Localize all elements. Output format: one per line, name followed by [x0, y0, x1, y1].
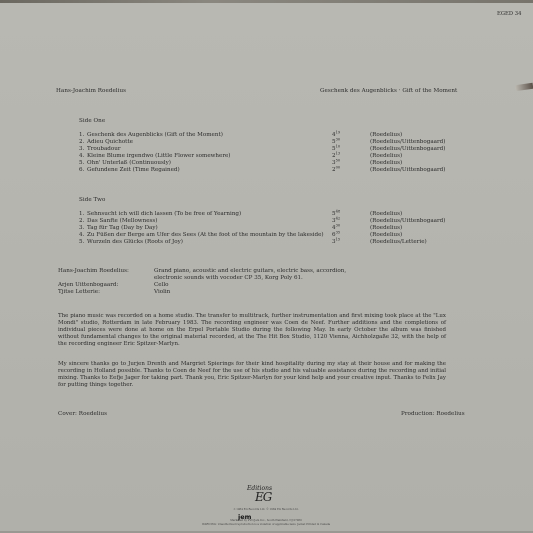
track-number: 5. [79, 160, 84, 167]
album-title: Geschenk des Augenblicks · Gift of the M… [320, 88, 457, 95]
duration-seconds: 15 [336, 238, 341, 242]
track-number: 4. [79, 153, 84, 160]
track-title: Tag für Tag (Day by Day) [87, 225, 158, 232]
musician-name: Tjitse Letterie: [58, 289, 100, 296]
track-title: Adieu Quichotte [87, 139, 133, 146]
production-credit: Production: Roedelius [401, 411, 465, 418]
track-number: 2. [79, 218, 84, 225]
duration-seconds: 13 [336, 152, 341, 156]
musician-instruments: Grand piano, acoustic and electric guita… [154, 268, 346, 275]
artist-name: Hans-Joachim Roedelius [56, 88, 126, 95]
track-composer: (Roedelius) [370, 225, 402, 232]
track-number: 2. [79, 139, 84, 146]
logo-eg-text: EG [255, 490, 271, 504]
thanks-notes: My sincere thanks go to Jurjen Drenth an… [58, 361, 446, 389]
musician-name: Hans-Joachim Roedelius: [58, 268, 129, 275]
musician-instruments: electronic sounds with vocoder CP 35, Ko… [154, 275, 303, 282]
track-composer: (Roedelius) [370, 132, 402, 139]
side-two-heading: Side Two [79, 197, 105, 204]
musician-name: Arjen Uittenbogaard: [58, 282, 118, 289]
musician-instruments: Violin [154, 289, 170, 296]
track-composer: (Roedelius/Uittenbogaard) [370, 167, 445, 174]
duration-seconds: 00 [336, 166, 341, 170]
track-title: Geschenk des Augenblicks (Gift of the Mo… [87, 132, 223, 139]
duration-seconds: 42 [336, 217, 341, 221]
track-title: Das Sanfte (Mellowness) [87, 218, 157, 225]
track-title: Gefundene Zeit (Time Regained) [87, 167, 180, 174]
marketed-by-line: Marketed by PVC/Jem Inc., South Plainfie… [166, 519, 366, 522]
track-number: 3. [79, 146, 84, 153]
track-number: 1. [79, 132, 84, 139]
catalog-number: EGED 34 [497, 11, 521, 18]
sleeve-top-edge [0, 0, 533, 3]
track-number: 6. [79, 167, 84, 174]
duration-seconds: 50 [336, 159, 341, 163]
track-composer: (Roedelius/Uittenbogaard) [370, 139, 445, 146]
recording-notes: The piano music was recorded on a home s… [58, 313, 446, 348]
side-one-heading: Side One [79, 118, 105, 125]
track-title: Kleine Blume irgendwo (Little Flower som… [87, 153, 231, 160]
track-number: 1. [79, 211, 84, 218]
track-number: 3. [79, 225, 84, 232]
record-sleeve-back [0, 0, 533, 533]
track-composer: (Roedelius/Uittenbogaard) [370, 218, 445, 225]
track-composer: (Roedelius) [370, 153, 402, 160]
track-number: 5. [79, 239, 84, 246]
editions-eg-logo: Editions EG [245, 485, 285, 507]
duration-seconds: 35 [336, 231, 341, 235]
track-composer: (Roedelius) [370, 211, 402, 218]
duration-seconds: 19 [336, 131, 341, 135]
warning-line: WARNING: Unauthorized reproduction is a … [146, 523, 386, 526]
track-title: Ohn' Unterlaß (Continuously) [87, 160, 171, 167]
track-composer: (Roedelius/Letterie) [370, 239, 427, 246]
duration-seconds: 48 [336, 210, 341, 214]
cover-credit: Cover: Roedelius [58, 411, 107, 418]
track-composer: (Roedelius/Uittenbogaard) [370, 146, 445, 153]
duration-seconds: 30 [336, 224, 341, 228]
track-duration: 315 [332, 239, 340, 246]
track-title: Sehnsucht ich will dich lassen (To be fr… [87, 211, 241, 218]
track-title: Wurzeln des Glücks (Roots of Joy) [87, 239, 183, 246]
musician-instruments: Cello [154, 282, 169, 289]
track-title: Zu Füßen der Berge am Ufer des Sees (At … [87, 232, 324, 239]
copyright-line: ℗ 1984 EG Records Ltd. © 1984 EG Records… [166, 508, 366, 511]
track-duration: 200 [332, 167, 340, 174]
duration-seconds: 30 [336, 138, 341, 142]
duration-seconds: 10 [336, 145, 341, 149]
track-composer: (Roedelius) [370, 232, 402, 239]
track-number: 4. [79, 232, 84, 239]
track-title: Troubadour [87, 146, 121, 153]
track-composer: (Roedelius) [370, 160, 402, 167]
